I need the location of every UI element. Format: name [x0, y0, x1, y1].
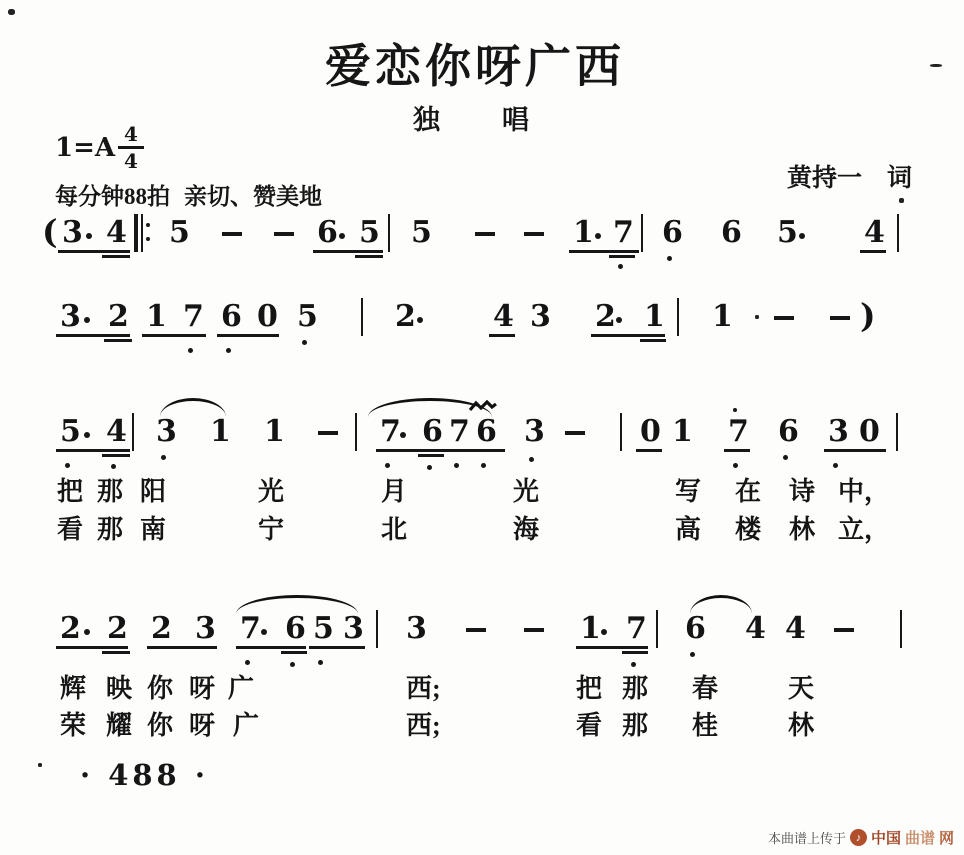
sheet-music-page: 爱恋你呀广西 独唱 1=A 4 4 每分钟88拍 亲切、赞美地 黄持一 词 (3…	[0, 0, 964, 855]
lyric-syllable: 呀	[189, 705, 215, 742]
slur-arc	[160, 398, 226, 417]
barline	[897, 214, 899, 252]
note: 3	[524, 417, 545, 447]
note: 0	[257, 302, 278, 332]
duration-dash	[222, 232, 242, 236]
repeat-thin-bar	[141, 214, 143, 252]
watermark-site-name-3: 网	[939, 827, 954, 848]
lyric-syllable: 耀	[106, 705, 132, 742]
lyric-syllable: 高	[675, 509, 701, 546]
barline	[641, 214, 643, 252]
beam-underline	[724, 449, 750, 452]
augmentation-dot	[339, 233, 345, 239]
watermark: 本曲谱上传于 ♪ 中国曲谱网	[768, 827, 954, 848]
beam-underline	[445, 449, 505, 452]
watermark-text: 本曲谱上传于	[768, 828, 846, 847]
lyric-syllable: 辉	[60, 668, 86, 705]
note: 7	[380, 417, 401, 447]
lyric-syllable: 那	[97, 471, 123, 508]
low-octave-dot	[481, 463, 486, 468]
note: 2	[60, 614, 81, 644]
low-octave-dot	[188, 348, 193, 353]
note: 4	[745, 614, 766, 644]
beam-underline	[489, 334, 515, 337]
low-octave-dot	[833, 463, 838, 468]
note: 4	[785, 614, 806, 644]
beam-underline	[640, 339, 666, 342]
low-octave-dot	[427, 465, 432, 470]
beam-underline	[104, 339, 132, 342]
low-octave-dot	[783, 455, 788, 460]
lyric-syllable: 西;	[406, 668, 441, 705]
beam-underline	[309, 646, 365, 649]
note: 5	[313, 614, 334, 644]
print-speck	[585, 74, 590, 78]
low-octave-dot	[318, 660, 323, 665]
low-octave-dot	[529, 457, 534, 462]
low-octave-dot	[618, 264, 623, 269]
lyric-syllable: 看	[576, 705, 602, 742]
low-octave-dot	[733, 463, 738, 468]
note: 1	[146, 302, 167, 332]
note: 5	[169, 218, 190, 248]
note: 1	[573, 218, 594, 248]
note: 7	[240, 614, 261, 644]
beam-underline	[236, 646, 306, 649]
lyric-syllable: 月	[381, 471, 407, 508]
lyric-syllable: 阳	[140, 471, 166, 508]
lyric-syllable: 北	[381, 509, 407, 546]
high-octave-dot	[733, 408, 737, 412]
note: 1	[210, 417, 231, 447]
beam-underline	[56, 646, 128, 649]
note: 1	[712, 302, 733, 332]
lyric-syllable: 海	[513, 509, 539, 546]
beam-underline	[355, 255, 383, 258]
note: 7	[728, 417, 749, 447]
lyric-syllable: 广	[228, 668, 254, 705]
note: 1	[672, 417, 693, 447]
parenthesis: )	[860, 299, 876, 332]
note: 5	[60, 417, 81, 447]
beam-underline	[569, 250, 639, 253]
note: 1	[264, 417, 285, 447]
note: 5	[777, 218, 798, 248]
lyric-syllable: 光	[258, 471, 284, 508]
lyric-syllable: 你	[147, 668, 173, 705]
note: 6	[662, 218, 683, 248]
note: 3	[828, 417, 849, 447]
lyric-syllable: 南	[140, 509, 166, 546]
beam-underline	[56, 449, 130, 452]
beam-underline	[217, 334, 279, 337]
augmentation-dot	[595, 233, 601, 239]
note: 3	[530, 302, 551, 332]
lyric-syllable: 天	[788, 668, 814, 705]
low-octave-dot	[161, 455, 166, 460]
note: 3	[406, 614, 427, 644]
duration-dash	[466, 628, 486, 632]
barline	[677, 298, 679, 336]
augmentation-dot	[400, 432, 406, 438]
beam-underline	[313, 250, 383, 253]
beam-underline	[281, 651, 307, 654]
low-octave-dot	[290, 662, 295, 667]
lyric-syllable: 春	[692, 668, 718, 705]
augmentation-dot	[84, 432, 90, 438]
note: 2	[108, 302, 129, 332]
lyric-syllable: 那	[622, 705, 648, 742]
score-area: (3456551766543217605243211)5431176763017…	[0, 0, 964, 855]
augmentation-dot	[84, 629, 90, 635]
augmentation-dot	[417, 317, 423, 323]
note: 3	[156, 417, 177, 447]
duration-dash	[565, 431, 585, 435]
note: 7	[613, 218, 634, 248]
low-octave-dot	[667, 256, 672, 261]
note: 4	[106, 218, 127, 248]
beam-underline	[56, 334, 130, 337]
note: 4	[493, 302, 514, 332]
note: 6	[476, 417, 497, 447]
barline	[132, 413, 134, 451]
note: 1	[580, 614, 601, 644]
print-speck	[8, 9, 15, 15]
beam-underline	[102, 454, 130, 457]
duration-dash	[830, 316, 850, 320]
duration-dash	[524, 232, 544, 236]
beam-underline	[58, 250, 130, 253]
duration-dash	[774, 316, 794, 320]
lyric-syllable: 中，	[838, 471, 890, 508]
lyric-syllable: 在	[735, 471, 761, 508]
barline	[896, 413, 898, 451]
note: 2	[151, 614, 172, 644]
beam-underline	[609, 255, 635, 258]
barline	[388, 214, 390, 252]
lyric-syllable: 看	[57, 509, 83, 546]
beam-underline	[102, 651, 130, 654]
beam-underline	[576, 646, 648, 649]
duration-dash	[834, 628, 854, 632]
augmentation-dot	[86, 233, 92, 239]
music-note-logo-icon: ♪	[850, 829, 867, 846]
note: 6	[285, 614, 306, 644]
augmentation-dot	[84, 317, 90, 323]
beam-underline	[142, 334, 206, 337]
lyric-syllable: 把	[57, 471, 83, 508]
barline	[376, 610, 378, 648]
lyric-syllable: 立，	[838, 509, 890, 546]
repeat-thick-bar	[134, 214, 138, 252]
lyric-syllable: 楼	[735, 509, 761, 546]
low-octave-dot	[245, 660, 250, 665]
lyric-syllable: 你	[147, 705, 173, 742]
page-number: · 488 ·	[80, 758, 209, 792]
beam-underline	[376, 449, 446, 452]
low-octave-dot	[302, 340, 307, 345]
note: 2	[107, 614, 128, 644]
low-octave-dot	[454, 463, 459, 468]
note: 6	[317, 218, 338, 248]
note: 4	[106, 417, 127, 447]
print-speck	[755, 315, 759, 319]
lyric-syllable: 呀	[189, 668, 215, 705]
lyric-syllable: 西;	[406, 705, 441, 742]
augmentation-dot	[601, 629, 607, 635]
beam-underline	[418, 454, 444, 457]
print-speck	[899, 198, 904, 203]
note: 4	[864, 218, 885, 248]
low-octave-dot	[65, 463, 70, 468]
note: 2	[595, 302, 616, 332]
barline	[355, 413, 357, 451]
repeat-dot	[146, 223, 150, 227]
beam-underline	[102, 255, 130, 258]
low-octave-dot	[385, 463, 390, 468]
low-octave-dot	[111, 464, 116, 469]
note: 5	[297, 302, 318, 332]
beam-underline	[636, 449, 662, 452]
watermark-site-name: 中国	[871, 827, 901, 848]
note: 6	[721, 218, 742, 248]
note: 5	[359, 218, 380, 248]
note: 5	[411, 218, 432, 248]
lyric-syllable: 林	[788, 705, 814, 742]
lyric-syllable: 诗	[789, 471, 815, 508]
note: 6	[221, 302, 242, 332]
lyric-syllable: 桂	[692, 705, 718, 742]
barline	[900, 610, 902, 648]
begin-repeat-sign	[134, 214, 152, 252]
note: 6	[685, 614, 706, 644]
beam-underline	[860, 250, 886, 253]
lyric-syllable: 宁	[258, 509, 284, 546]
lyric-syllable: 荣	[60, 705, 86, 742]
mordent-icon	[468, 400, 498, 418]
beam-underline	[622, 651, 648, 654]
low-octave-dot	[226, 348, 231, 353]
augmentation-dot	[799, 233, 805, 239]
beam-underline	[824, 449, 886, 452]
print-speck	[38, 763, 42, 767]
duration-dash	[318, 431, 338, 435]
note: 3	[60, 302, 81, 332]
barline	[620, 413, 622, 451]
note: 7	[183, 302, 204, 332]
lyric-syllable: 写	[675, 471, 701, 508]
augmentation-dot	[261, 629, 267, 635]
lyric-syllable: 那	[622, 668, 648, 705]
low-octave-dot	[690, 652, 695, 657]
note: 0	[859, 417, 880, 447]
low-octave-dot	[631, 662, 636, 667]
barline	[656, 610, 658, 648]
duration-dash	[524, 628, 544, 632]
note: 0	[640, 417, 661, 447]
note: 3	[343, 614, 364, 644]
note: 3	[195, 614, 216, 644]
lyric-syllable: 把	[576, 668, 602, 705]
slur-arc	[690, 595, 752, 614]
lyric-syllable: 那	[97, 509, 123, 546]
watermark-site-name-2: 曲谱	[905, 827, 935, 848]
note: 2	[395, 302, 416, 332]
lyric-syllable: 映	[106, 668, 132, 705]
barline	[361, 298, 363, 336]
print-speck	[930, 64, 942, 67]
beam-underline	[591, 334, 665, 337]
note: 1	[644, 302, 665, 332]
augmentation-dot	[616, 317, 622, 323]
lyric-syllable: 广	[233, 705, 259, 742]
lyric-syllable: 林	[789, 509, 815, 546]
note: 6	[778, 417, 799, 447]
repeat-dot	[146, 237, 150, 241]
note: 6	[422, 417, 443, 447]
lyric-syllable: 光	[513, 471, 539, 508]
parenthesis: (	[42, 215, 58, 248]
note: 3	[62, 218, 83, 248]
duration-dash	[475, 232, 495, 236]
duration-dash	[274, 232, 294, 236]
beam-underline	[147, 646, 217, 649]
note: 7	[626, 614, 647, 644]
slur-arc	[236, 595, 358, 614]
note: 7	[449, 417, 470, 447]
